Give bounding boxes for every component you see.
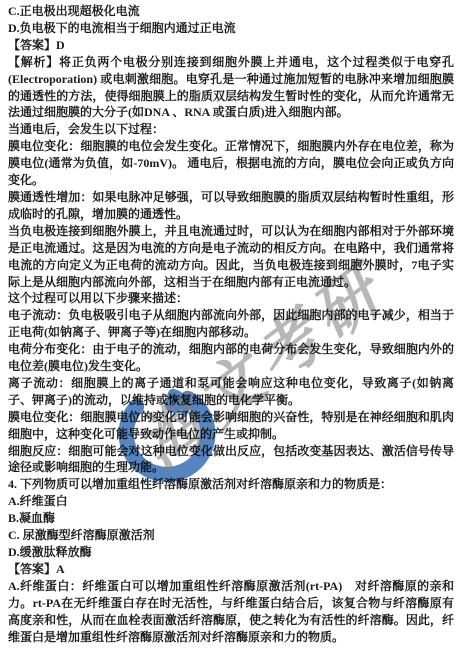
q3-analysis-paragraph: 【解析】将正负两个电极分别连接到细胞外膜上并通电，这个过程类似于电穿孔 (Ele… xyxy=(8,54,454,122)
q3-answer-line: 【答案】D xyxy=(8,37,454,54)
q3-analysis-paragraph: 当负电极连接到细胞外膜上，并且电流通过时，可以认为在细胞内部相对于外部环境是正电… xyxy=(8,223,454,291)
q4-option-a: A.纤维蛋白 xyxy=(8,493,454,510)
q4-stem: 4. 下列物质可以增加重组性纤溶酶原激活剂对纤溶酶原亲和力的物质是： xyxy=(8,476,454,493)
q4-option-c: C. 尿激酶型纤溶酶原激活剂 xyxy=(8,527,454,544)
q3-option-d: D.负电极下的电流相当于细胞内通过正电流 xyxy=(8,20,454,37)
q3-analysis-paragraph: 膜电位变化：细胞膜的电位会发生变化。正常情况下，细胞膜内外存在电位差，称为膜电位… xyxy=(8,138,454,189)
q3-analysis-paragraph: 膜电位变化：细胞膜电位的变化可能会影响细胞的兴奋性，特别是在神经细胞和肌肉细胞中… xyxy=(8,409,454,443)
q4-analysis-paragraph: A.纤维蛋白：纤维蛋白可以增加重组性纤溶酶原激活剂(rt-PA) 对纤溶酶原的亲… xyxy=(8,578,454,646)
q3-analysis-paragraph: 电荷分布变化：由于电子的流动，细胞内部的电荷分布会发生变化，导致细胞内外的电位差… xyxy=(8,341,454,375)
q4-option-d: D.缓激肽释放酶 xyxy=(8,544,454,561)
q3-analysis-paragraph: 离子流动：细胞膜上的离子通道和泵可能会响应这种电位变化，导致离子(如钠离子、钾离… xyxy=(8,375,454,409)
q3-analysis-paragraph: 当通电后，会发生以下过程： xyxy=(8,121,454,138)
q3-analysis-paragraph: 电子流动：负电极吸引电子从细胞内部流向外部，因此细胞内部的电子减少，相当于正电荷… xyxy=(8,307,454,341)
q3-analysis-paragraph: 细胞反应：细胞可能会对这种电位变化做出反应，包括改变基因表达、激活信号传导途径或… xyxy=(8,443,454,477)
q3-option-c: C.正电极出现超极化电流 xyxy=(8,3,454,20)
q3-analysis-paragraph: 这个过程可以用以下步骤来描述： xyxy=(8,290,454,307)
q4-option-b: B.凝血酶 xyxy=(8,510,454,527)
q4-answer-line: 【答案】A xyxy=(8,561,454,578)
q3-analysis-paragraph: 膜通透性增加：如果电脉冲足够强，可以导致细胞膜的脂质双层结构暂时性重组，形成临时… xyxy=(8,189,454,223)
document-page: C.正电极出现超极化电流 D.负电极下的电流相当于细胞内通过正电流 【答案】D … xyxy=(0,0,461,671)
